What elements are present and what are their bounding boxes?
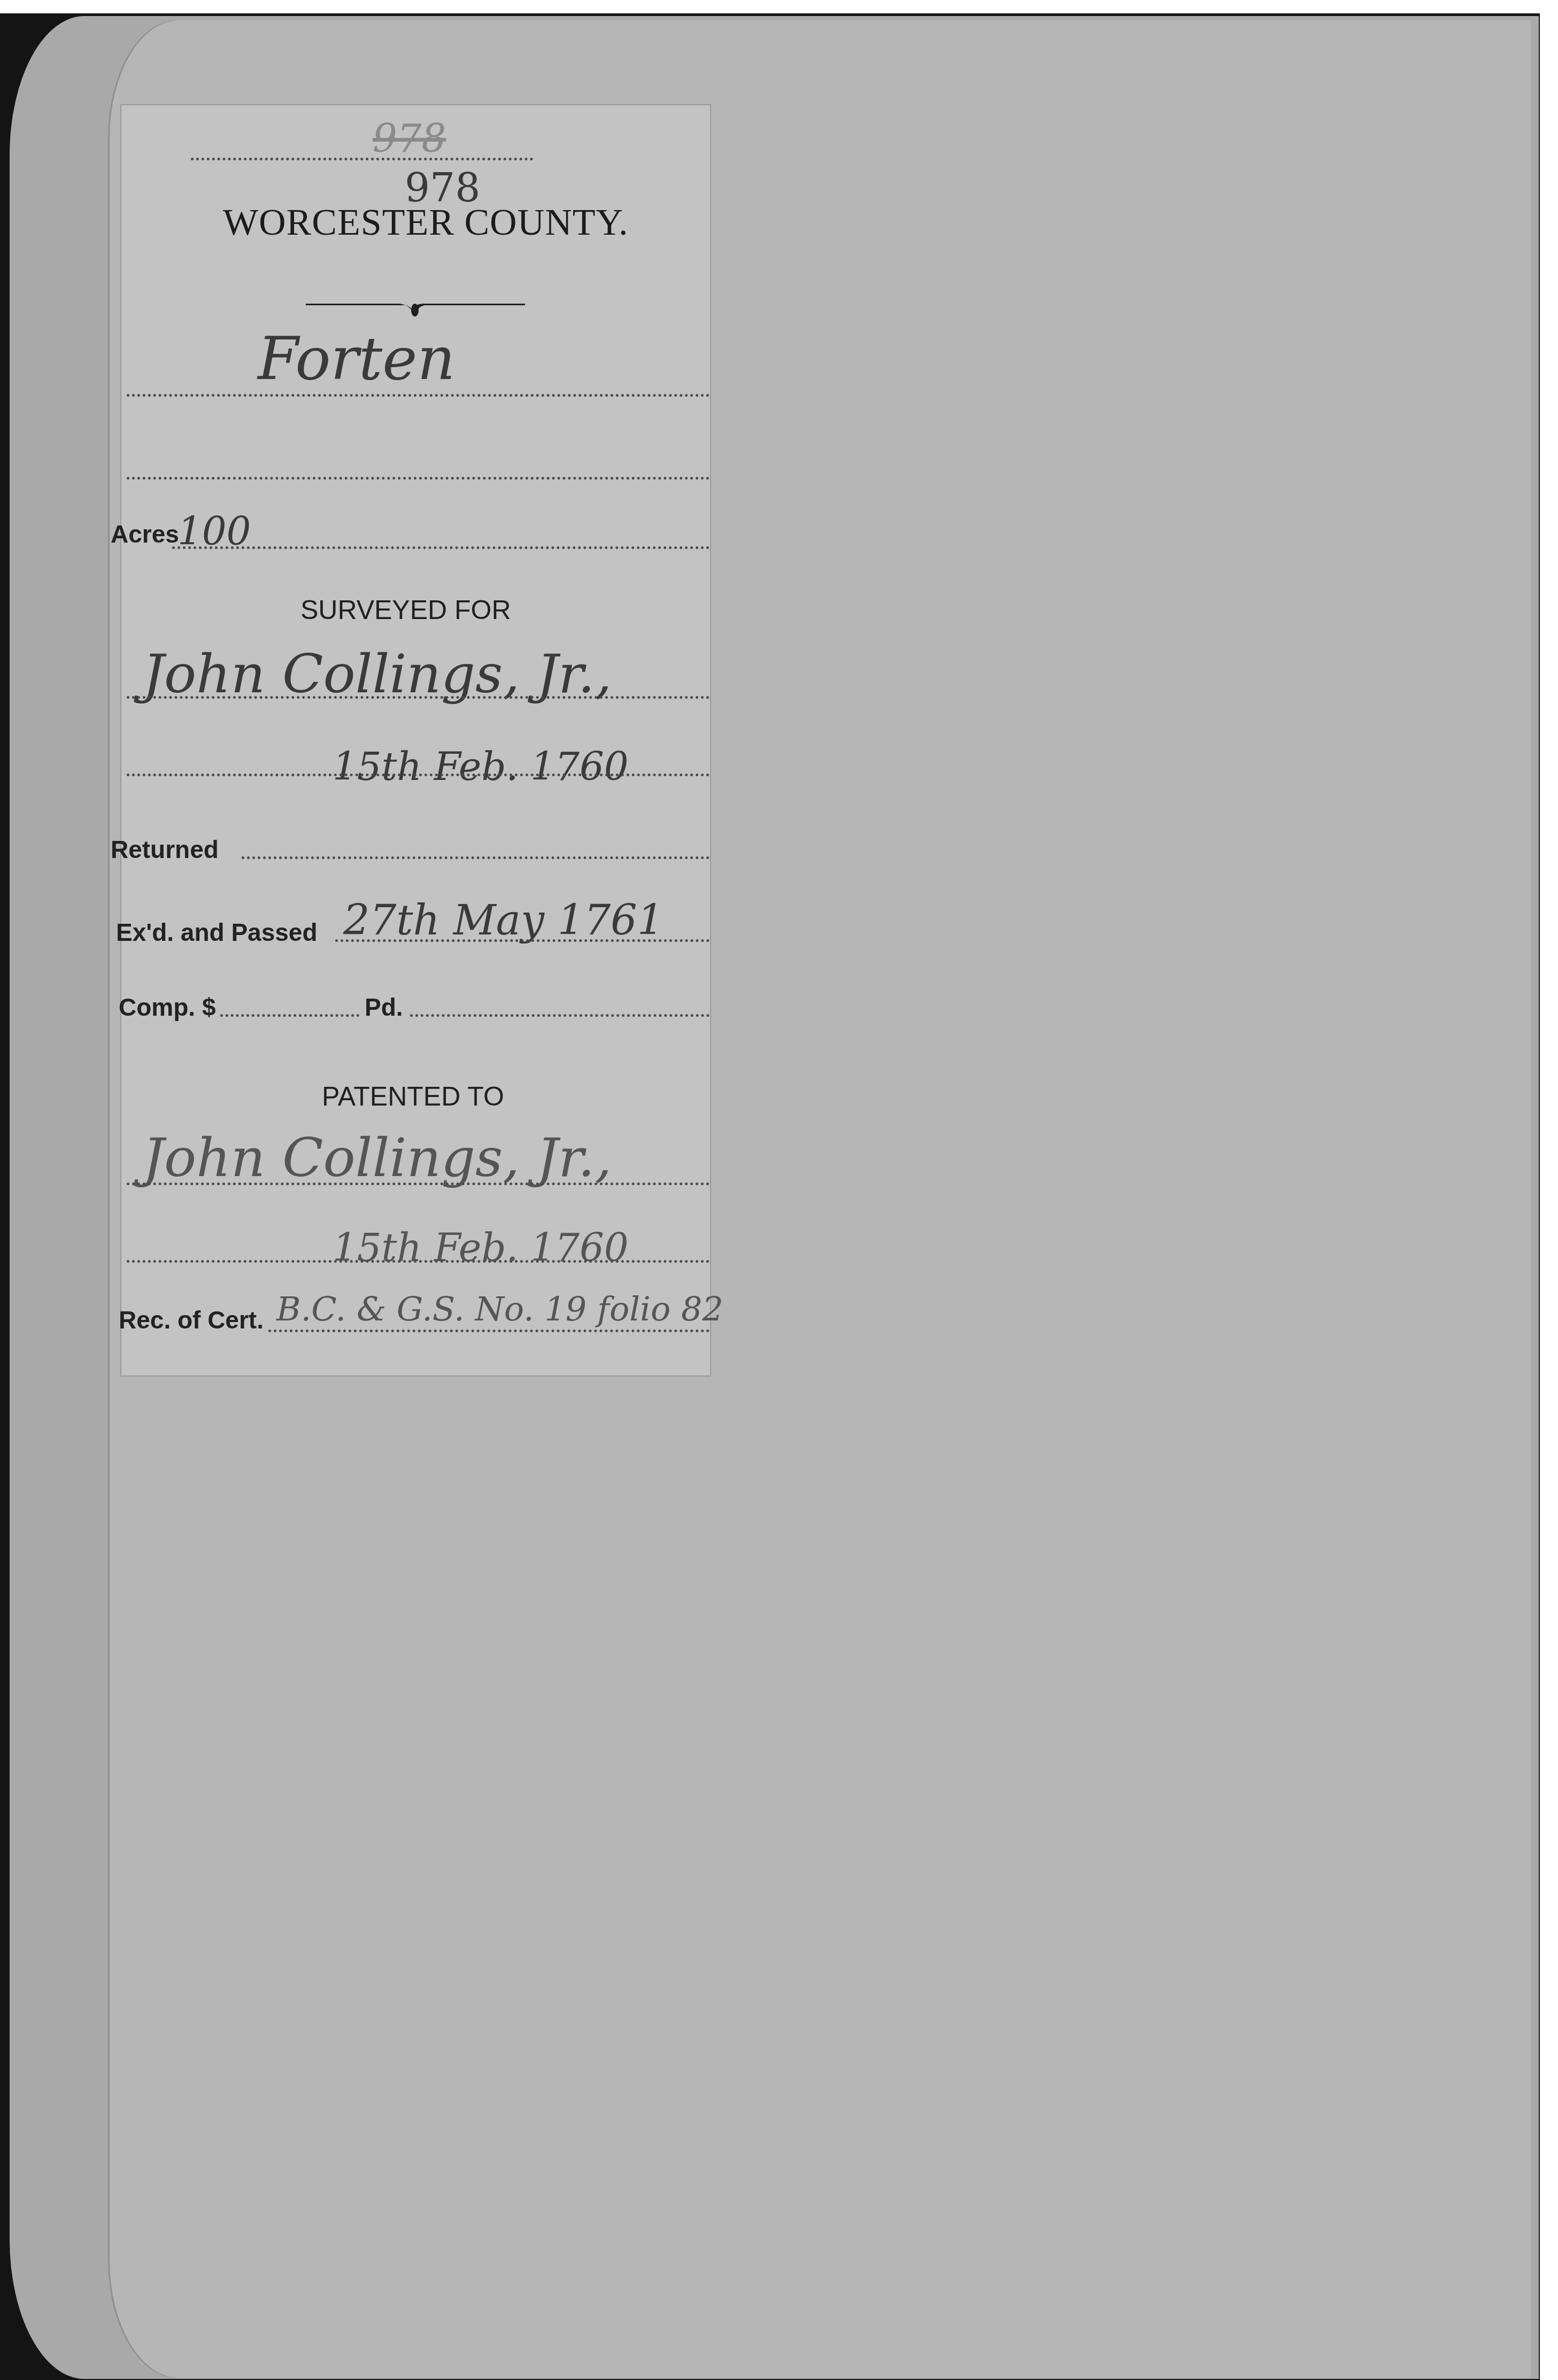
acres-label: Acres — [111, 520, 179, 548]
patented-to-name: John Collings, Jr., — [143, 1126, 612, 1189]
cert-value: B.C. & G.S. No. 19 folio 82 — [276, 1289, 723, 1328]
cert-label: Rec. of Cert. — [119, 1305, 264, 1334]
tract-name: Forten — [258, 324, 455, 393]
land-record-card: 978 978 WORCESTER COUNTY. Forten Acres 1… — [120, 104, 711, 1377]
county-title: WORCESTER COUNTY. — [223, 202, 629, 244]
passed-value: 27th May 1761 — [343, 897, 664, 945]
acres-line — [172, 546, 709, 549]
returned-line — [242, 856, 709, 859]
number-line — [191, 158, 533, 160]
patented-to-heading: PATENTED TO — [322, 1081, 504, 1112]
surveyed-for-heading: SURVEYED FOR — [300, 594, 511, 625]
pd-line — [410, 1014, 709, 1017]
ornament-divider-icon — [306, 299, 525, 321]
patented-date: 15th Feb. 1760 — [333, 1225, 629, 1270]
cert-line — [268, 1330, 709, 1332]
passed-label: Ex'd. and Passed — [116, 918, 318, 947]
pd-label: Pd. — [365, 993, 403, 1022]
returned-label: Returned — [111, 835, 219, 864]
blank-line — [127, 477, 709, 480]
struck-number: 978 — [373, 116, 446, 161]
surveyed-name-line — [127, 696, 709, 699]
tract-line — [127, 394, 709, 397]
patented-name-line — [127, 1183, 709, 1185]
surveyed-date-line — [127, 774, 709, 776]
passed-line — [335, 939, 709, 942]
surveyed-date: 15th Feb. 1760 — [333, 744, 629, 789]
comp-line — [220, 1014, 359, 1017]
patented-date-line — [127, 1260, 709, 1263]
comp-label: Comp. $ — [119, 993, 215, 1022]
